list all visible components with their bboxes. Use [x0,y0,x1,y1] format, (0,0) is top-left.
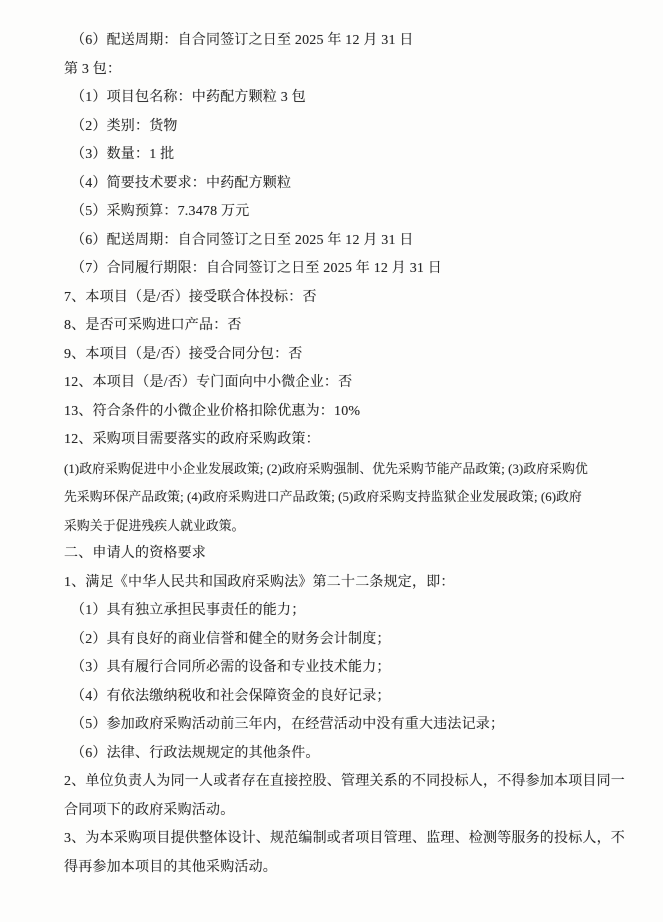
document-line: 2、单位负责人为同一人或者存在直接控股、管理关系的不同投标人，不得参加本项目同一 [64,768,623,797]
document-line: （5）参加政府采购活动前三年内，在经营活动中没有重大违法记录； [64,711,623,740]
document-line: 采购关于促进残疾人就业政策。 [64,512,623,541]
document-line: 二、申请人的资格要求 [64,540,623,569]
document-line: （7）合同履行期限：自合同签订之日至 2025 年 12 月 31 日 [64,255,623,284]
document-line: 12、采购项目需要落实的政府采购政策： [64,426,623,455]
document-line: （2）类别：货物 [64,113,623,142]
document-line: 第 3 包： [64,56,623,85]
document-line: （3）数量：1 批 [64,141,623,170]
document-line: （6）法律、行政法规规定的其他条件。 [64,740,623,769]
document-line: 3、为本采购项目提供整体设计、规范编制或者项目管理、监理、检测等服务的投标人，不 [64,825,623,854]
document-body: （6）配送周期：自合同签订之日至 2025 年 12 月 31 日第 3 包：（… [64,27,623,882]
scanned-document-page: （6）配送周期：自合同签订之日至 2025 年 12 月 31 日第 3 包：（… [0,0,663,922]
document-line: 12、本项目（是/否）专门面向中小微企业：否 [64,369,623,398]
document-line: （2）具有良好的商业信誉和健全的财务会计制度； [64,626,623,655]
document-line: 1、满足《中华人民共和国政府采购法》第二十二条规定，即： [64,569,623,598]
document-line: 先采购环保产品政策; (4)政府采购进口产品政策; (5)政府采购支持监狱企业发… [64,483,623,512]
document-line: 13、符合条件的小微企业价格扣除优惠为：10% [64,398,623,427]
document-line: 合同项下的政府采购活动。 [64,797,623,826]
document-line: 得再参加本项目的其他采购活动。 [64,854,623,883]
document-line: （3）具有履行合同所必需的设备和专业技术能力； [64,654,623,683]
document-line: （1）项目包名称：中药配方颗粒 3 包 [64,84,623,113]
document-line: 9、本项目（是/否）接受合同分包：否 [64,341,623,370]
document-line: （5）采购预算：7.3478 万元 [64,198,623,227]
document-line: (1)政府采购促进中小企业发展政策; (2)政府采购强制、优先采购节能产品政策;… [64,455,623,484]
document-line: （4）简要技术要求：中药配方颗粒 [64,170,623,199]
document-line: 8、是否可采购进口产品：否 [64,312,623,341]
document-line: （4）有依法缴纳税收和社会保障资金的良好记录； [64,683,623,712]
document-line: （1）具有独立承担民事责任的能力； [64,597,623,626]
document-line: 7、本项目（是/否）接受联合体投标：否 [64,284,623,313]
document-line: （6）配送周期：自合同签订之日至 2025 年 12 月 31 日 [64,227,623,256]
document-line: （6）配送周期：自合同签订之日至 2025 年 12 月 31 日 [64,27,623,56]
